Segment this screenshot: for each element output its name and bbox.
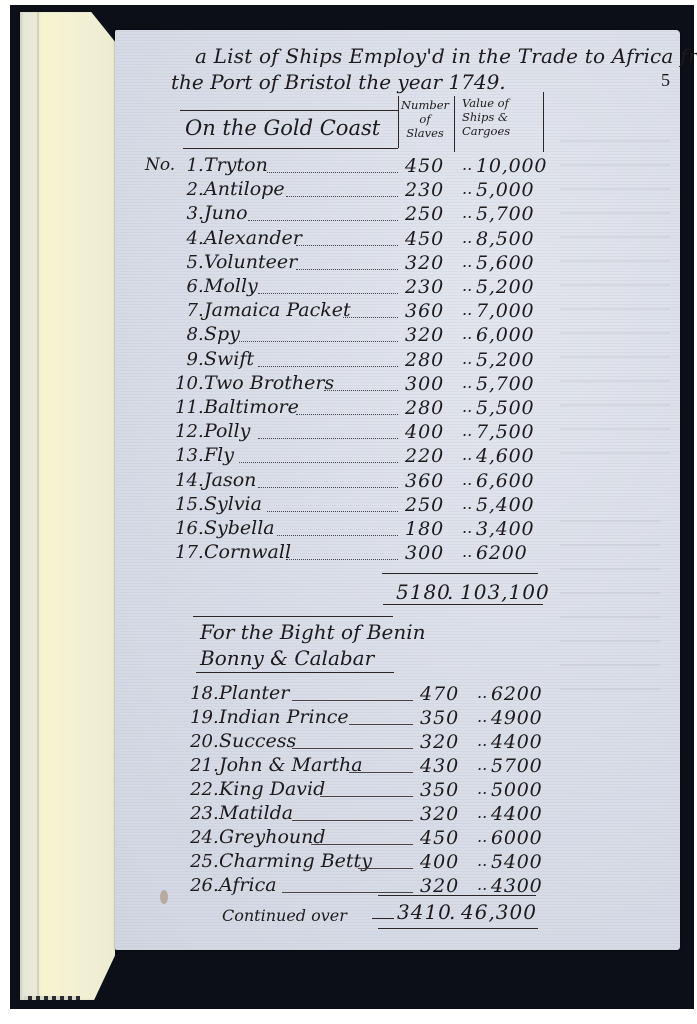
ledger-row: 15 . Sylvia 250 .. 5,400	[140, 494, 540, 518]
number-dot: .	[213, 731, 219, 752]
ledger-row: 22 . King David 350 .. 5000	[155, 779, 555, 803]
value-separator: ..	[462, 397, 472, 416]
ledger-row: 14 . Jason 360 .. 6,600	[140, 470, 540, 494]
number-dot: .	[198, 179, 204, 200]
dotted-leader	[296, 245, 399, 246]
ship-name: Tryton	[204, 154, 268, 176]
slave-count: 300	[405, 373, 465, 395]
dotted-leader	[277, 535, 399, 536]
slave-count: 350	[420, 779, 480, 801]
section-heading-bonny-calabar: Bonny & Calabar	[200, 646, 374, 670]
ship-value: 4,600	[476, 445, 534, 467]
ship-value: 4900	[491, 707, 543, 729]
ship-value: 5,700	[476, 373, 534, 395]
value-separator: ..	[477, 779, 487, 798]
continued-over-label: Continued over	[222, 906, 347, 925]
ship-name: Molly	[204, 275, 258, 297]
ship-number: 8	[172, 324, 198, 345]
number-dot: .	[198, 300, 204, 321]
ship-number: 22	[187, 779, 213, 800]
ship-name: Cornwall	[204, 541, 291, 563]
value-separator: ..	[477, 803, 487, 822]
ship-number: 17	[172, 542, 198, 563]
ledger-row: 12 . Polly 400 .. 7,500	[140, 421, 540, 445]
ledger-row: 25 . Charming Betty 400 .. 5400	[155, 851, 555, 875]
slave-count: 470	[420, 683, 480, 705]
ship-value: 5700	[491, 755, 543, 777]
value-separator: ..	[477, 731, 487, 750]
ship-number: 26	[187, 875, 213, 896]
ship-name: John & Martha	[219, 754, 363, 776]
dotted-leader	[343, 317, 398, 318]
column-header-value-line-2: Ships &	[462, 110, 532, 124]
value-separator: ..	[462, 179, 472, 198]
ship-number: 10	[172, 373, 198, 394]
ship-value: 3,400	[476, 518, 534, 540]
number-dot: .	[198, 397, 204, 418]
number-dot: .	[198, 494, 204, 515]
ledger-row: 11 . Baltimore 280 .. 5,500	[140, 397, 540, 421]
dotted-leader	[258, 293, 399, 294]
section-heading-bight-of-benin: For the Bight of Benin	[200, 620, 426, 644]
number-dot: .	[198, 518, 204, 539]
slave-count: 300	[405, 542, 465, 564]
dotted-leader	[258, 366, 399, 367]
column-divider-3	[543, 92, 544, 152]
ship-number: 2	[172, 179, 198, 200]
slave-count: 320	[420, 731, 480, 753]
ship-value: 5,200	[476, 276, 534, 298]
ship-name: Success	[219, 730, 296, 752]
ledger-row: 18 . Planter 470 .. 6200	[155, 683, 555, 707]
number-dot: .	[213, 851, 219, 872]
value-separator: ..	[477, 755, 487, 774]
ship-number: 20	[187, 731, 213, 752]
ship-value: 8,500	[476, 228, 534, 250]
ship-value: 7,000	[476, 300, 534, 322]
value-separator: ..	[462, 518, 472, 537]
ship-value: 5400	[491, 851, 543, 873]
ship-number: 14	[172, 470, 198, 491]
ship-number: 7	[172, 300, 198, 321]
dotted-leader	[358, 868, 413, 869]
ship-name: Jamaica Packet	[204, 299, 351, 321]
slave-count: 400	[405, 421, 465, 443]
header-rule-bottom	[183, 148, 398, 149]
value-separator: ..	[477, 875, 487, 894]
page-number: 5	[661, 70, 670, 91]
value-separator: ..	[462, 542, 472, 561]
number-dot: .	[213, 707, 219, 728]
slave-count: 320	[420, 875, 480, 897]
ship-value: 10,000	[476, 155, 547, 177]
slave-count: 400	[420, 851, 480, 873]
ship-value: 4400	[491, 731, 543, 753]
ship-value: 6200	[491, 683, 543, 705]
number-dot: .	[213, 683, 219, 704]
continued-dash	[372, 918, 394, 919]
ship-value: 6200	[476, 542, 528, 564]
header-rule-top	[180, 110, 398, 111]
number-dot: .	[198, 421, 204, 442]
slave-count: 350	[420, 707, 480, 729]
ledger-row: 7 . Jamaica Packet 360 .. 7,000	[140, 300, 540, 324]
number-dot: .	[198, 349, 204, 370]
ship-name: Swift	[204, 348, 254, 370]
dotted-leader	[267, 172, 398, 173]
ledger-row: 6 . Molly 230 .. 5,200	[140, 276, 540, 300]
number-dot: .	[213, 803, 219, 824]
column-header-slaves-line-3: Slaves	[400, 126, 450, 140]
ship-value: 4300	[491, 875, 543, 897]
section-2-rule-top	[193, 616, 393, 617]
dotted-leader	[349, 772, 414, 773]
dotted-leader	[292, 820, 414, 821]
dotted-leader	[286, 196, 398, 197]
ship-name: Planter	[219, 682, 289, 704]
ship-number: 5	[172, 252, 198, 273]
section-2-rule-bottom	[196, 672, 394, 673]
number-dot: .	[213, 875, 219, 896]
column-divider-2	[454, 96, 455, 152]
slave-count: 450	[405, 228, 465, 250]
ship-value: 5,500	[476, 397, 534, 419]
slave-count: 430	[420, 755, 480, 777]
ship-number: 19	[187, 707, 213, 728]
value-separator: ..	[477, 707, 487, 726]
total-separator: .	[447, 580, 454, 604]
slave-count: 230	[405, 276, 465, 298]
dotted-leader	[239, 341, 399, 342]
slave-count: 250	[405, 494, 465, 516]
value-separator: ..	[477, 851, 487, 870]
ledger-row: 16 . Sybella 180 .. 3,400	[140, 518, 540, 542]
value-separator: ..	[462, 349, 472, 368]
slave-count: 360	[405, 300, 465, 322]
value-separator: ..	[477, 683, 487, 702]
value-separator: ..	[462, 373, 472, 392]
slave-count: 360	[405, 470, 465, 492]
total-separator-2: .	[449, 900, 456, 924]
ship-value: 5,700	[476, 203, 534, 225]
ship-name: Africa	[219, 874, 277, 896]
value-separator: ..	[462, 228, 472, 247]
ship-name: Sylvia	[204, 493, 262, 515]
slave-count: 450	[405, 155, 465, 177]
value-separator: ..	[462, 300, 472, 319]
ledger-row: 8 . Spy 320 .. 6,000	[140, 324, 540, 348]
folded-flap	[20, 12, 115, 1000]
dotted-leader	[324, 390, 398, 391]
total-rule-1-bottom	[383, 604, 543, 605]
ship-value: 5,000	[476, 179, 534, 201]
ship-name: Polly	[204, 420, 250, 442]
flap-perforation	[24, 996, 80, 1000]
number-dot: .	[198, 470, 204, 491]
dotted-leader	[311, 844, 414, 845]
number-dot: .	[198, 373, 204, 394]
document-title-line-2: the Port of Bristol the year 1749.	[171, 70, 506, 94]
ship-number: 15	[172, 494, 198, 515]
ship-number: 16	[172, 518, 198, 539]
ship-number: 13	[172, 445, 198, 466]
slave-count: 280	[405, 397, 465, 419]
slave-count: 230	[405, 179, 465, 201]
ledger-row: 1 . Tryton 450 .. 10,000 No.	[140, 155, 540, 179]
ship-name: Two Brothers	[204, 372, 334, 394]
number-dot: .	[198, 445, 204, 466]
dotted-leader	[267, 511, 398, 512]
ship-number: 3	[172, 203, 198, 224]
ledger-row: 2 . Antilope 230 .. 5,000	[140, 179, 540, 203]
ship-name: Juno	[204, 202, 248, 224]
flap-fold-line	[37, 12, 39, 1000]
ledger-row: 20 . Success 320 .. 4400	[155, 731, 555, 755]
number-dot: .	[213, 755, 219, 776]
slave-count: 320	[420, 803, 480, 825]
slave-count: 220	[405, 445, 465, 467]
value-separator: ..	[462, 470, 472, 489]
ship-name: King David	[219, 778, 325, 800]
slave-count: 250	[405, 203, 465, 225]
ship-name: Antilope	[204, 178, 285, 200]
ship-number: 23	[187, 803, 213, 824]
section-heading-gold-coast: On the Gold Coast	[185, 116, 380, 140]
ship-number: 6	[172, 276, 198, 297]
ship-name: Alexander	[204, 227, 302, 249]
value-separator: ..	[462, 203, 472, 222]
ship-name: Spy	[204, 323, 240, 345]
ship-value: 5,200	[476, 349, 534, 371]
ship-number: 18	[187, 683, 213, 704]
dotted-leader	[286, 559, 398, 560]
ship-number: 25	[187, 851, 213, 872]
slave-count: 280	[405, 349, 465, 371]
gold-coast-total-value: 103,100	[460, 580, 550, 604]
ledger-row: 4 . Alexander 450 .. 8,500	[140, 228, 540, 252]
dotted-leader	[239, 462, 399, 463]
ship-number: 11	[172, 397, 198, 418]
value-separator: ..	[462, 324, 472, 343]
total-rule-2-top	[378, 895, 536, 896]
number-dot: .	[198, 228, 204, 249]
dotted-leader	[292, 748, 414, 749]
ship-value: 6,600	[476, 470, 534, 492]
column-header-value: Value of Ships & Cargoes	[462, 96, 532, 138]
ship-value: 4400	[491, 803, 543, 825]
ship-value: 5,600	[476, 252, 534, 274]
ship-number: 1	[172, 155, 198, 176]
ship-name: Baltimore	[204, 396, 299, 418]
ship-name: Jason	[204, 469, 256, 491]
ledger-row: 17 . Cornwall 300 .. 6200	[140, 542, 540, 566]
value-separator: ..	[462, 155, 472, 174]
ship-name: Volunteer	[204, 251, 297, 273]
value-separator: ..	[462, 494, 472, 513]
dotted-leader	[320, 796, 413, 797]
ship-name: Indian Prince	[219, 706, 349, 728]
gold-coast-total-slaves: 5180	[396, 580, 451, 604]
ship-name: Matilda	[219, 802, 293, 824]
dotted-leader	[349, 724, 414, 725]
number-dot: .	[213, 779, 219, 800]
number-dot: .	[198, 324, 204, 345]
value-separator: ..	[462, 421, 472, 440]
number-dot: .	[198, 155, 204, 176]
slave-count: 450	[420, 827, 480, 849]
column-header-slaves-line-2: of	[400, 112, 450, 126]
ship-value: 7,500	[476, 421, 534, 443]
ship-number: 9	[172, 349, 198, 370]
total-rule-2-bottom	[378, 928, 538, 929]
slave-count: 320	[405, 252, 465, 274]
ship-name: Charming Betty	[219, 850, 372, 872]
dotted-leader	[292, 700, 414, 701]
total-rule-1-top	[382, 573, 538, 574]
number-dot: .	[198, 542, 204, 563]
ledger-row: 21 . John & Martha 430 .. 5700	[155, 755, 555, 779]
ledger-row: 3 . Juno 250 .. 5,700	[140, 203, 540, 227]
column-header-slaves: Number of Slaves	[400, 98, 450, 140]
value-separator: ..	[462, 445, 472, 464]
dotted-leader	[296, 414, 399, 415]
dotted-leader	[296, 269, 399, 270]
dotted-leader	[258, 487, 399, 488]
value-separator: ..	[462, 252, 472, 271]
column-header-value-line-3: Cargoes	[462, 124, 532, 138]
ledger-row: 13 . Fly 220 .. 4,600	[140, 445, 540, 469]
ship-value: 6000	[491, 827, 543, 849]
document-title-line-1: a List of Ships Employ'd in the Trade to…	[195, 44, 697, 68]
bight-total-value: 46,300	[461, 900, 537, 924]
ledger-row: 23 . Matilda 320 .. 4400	[155, 803, 555, 827]
slave-count: 180	[405, 518, 465, 540]
ledger-row: 10 . Two Brothers 300 .. 5,700	[140, 373, 540, 397]
ship-value: 5,400	[476, 494, 534, 516]
ledger-row: 19 . Indian Prince 350 .. 4900	[155, 707, 555, 731]
dotted-leader	[258, 438, 399, 439]
bight-total-slaves: 3410	[397, 900, 452, 924]
dotted-leader	[282, 892, 413, 893]
ship-name: Fly	[204, 444, 234, 466]
number-dot: .	[198, 252, 204, 273]
ship-value: 6,000	[476, 324, 534, 346]
ledger-row: 9 . Swift 280 .. 5,200	[140, 349, 540, 373]
number-prefix: No.	[145, 155, 175, 175]
column-divider-1	[398, 96, 399, 148]
ship-number: 4	[172, 228, 198, 249]
column-header-value-line-1: Value of	[462, 96, 532, 110]
ship-number: 24	[187, 827, 213, 848]
ship-number: 21	[187, 755, 213, 776]
column-header-slaves-line-1: Number	[400, 98, 450, 112]
number-dot: .	[198, 276, 204, 297]
slave-count: 320	[405, 324, 465, 346]
dotted-leader	[248, 220, 398, 221]
value-separator: ..	[477, 827, 487, 846]
ship-number: 12	[172, 421, 198, 442]
number-dot: .	[198, 203, 204, 224]
ledger-row: 5 . Volunteer 320 .. 5,600	[140, 252, 540, 276]
ship-name: Sybella	[204, 517, 275, 539]
ship-value: 5000	[491, 779, 543, 801]
ledger-row: 24 . Greyhound 450 .. 6000	[155, 827, 555, 851]
number-dot: .	[213, 827, 219, 848]
value-separator: ..	[462, 276, 472, 295]
